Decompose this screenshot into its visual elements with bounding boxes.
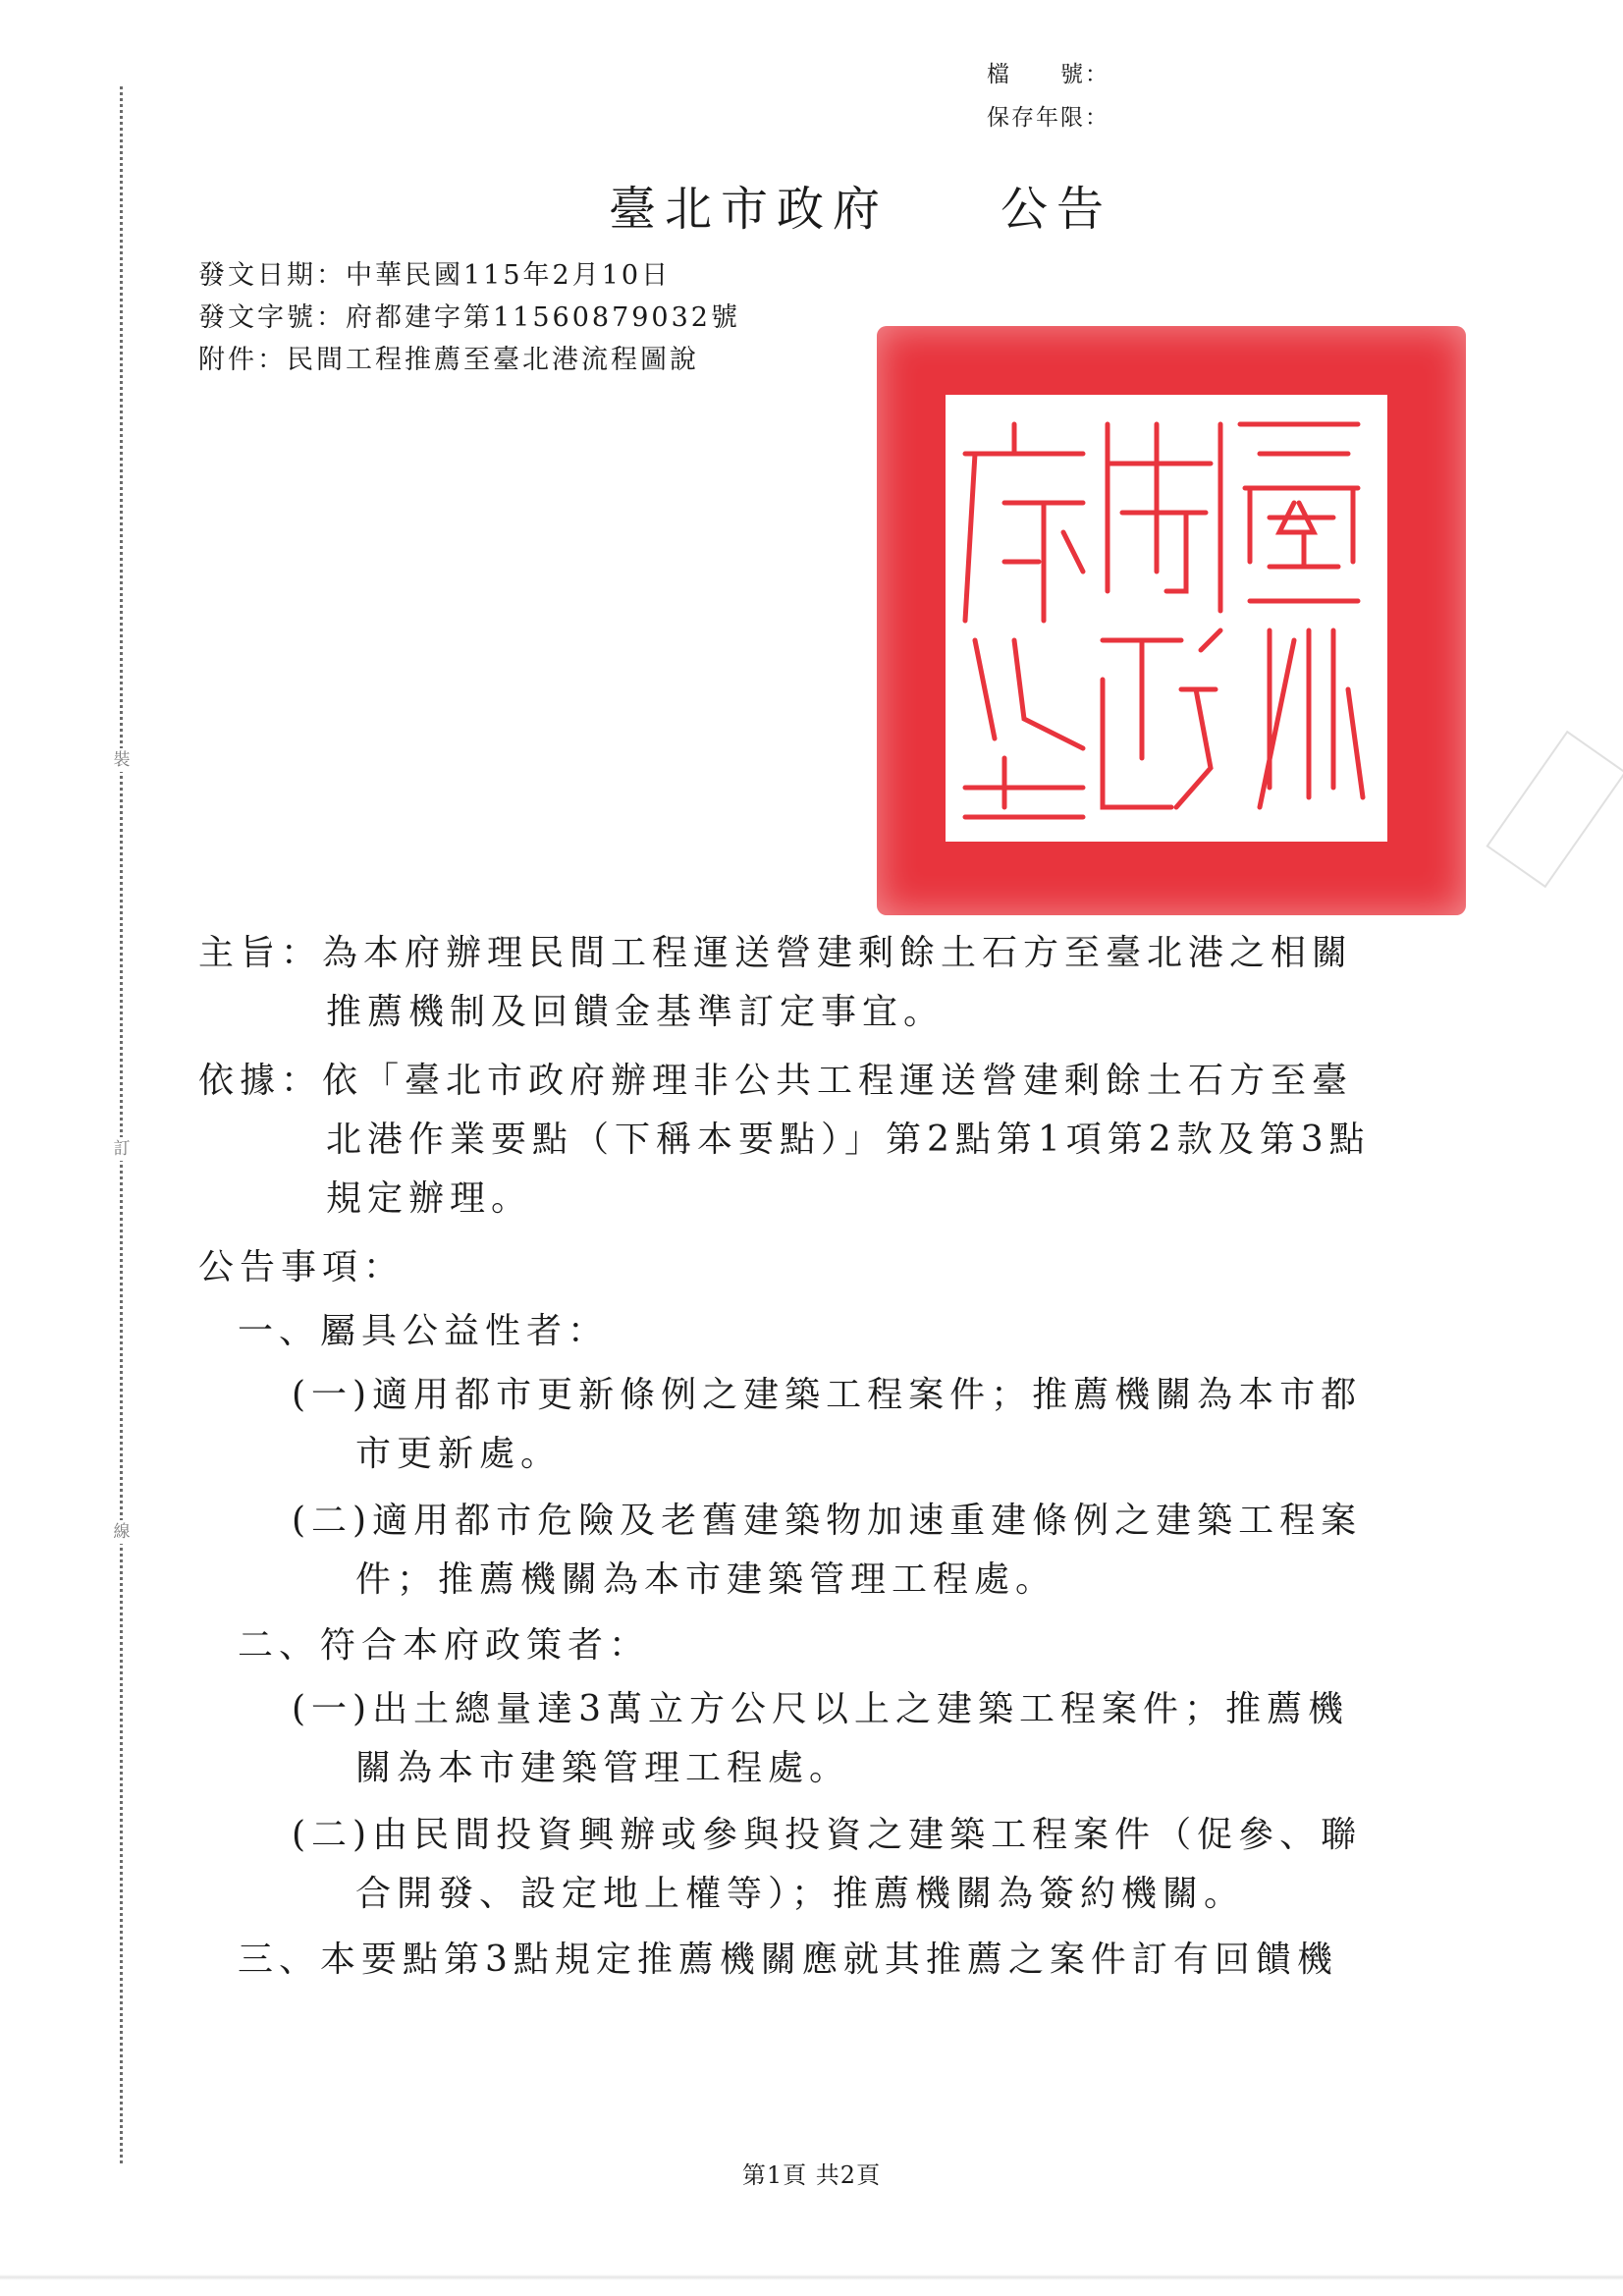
attachment-label: 附件： bbox=[198, 345, 287, 375]
basis-line-1: 依據：依「臺北市政府辦理非公共工程運送營建剩餘土石方至臺 bbox=[198, 1053, 1353, 1103]
received-stamp-icon bbox=[1486, 731, 1623, 888]
item-2-heading: 二、符合本府政策者： bbox=[238, 1617, 650, 1667]
file-number-label: 檔 號： bbox=[987, 53, 1109, 96]
item-1-2-line-2: 件；推薦機關為本市建築管理工程處。 bbox=[355, 1552, 1056, 1602]
issue-date-label: 發文日期： bbox=[198, 260, 346, 291]
subject-label: 主旨： bbox=[198, 933, 322, 973]
subject-line-2: 推薦機制及回饋金基準訂定事宜。 bbox=[326, 984, 945, 1034]
archive-info: 檔 號： 保存年限： bbox=[987, 53, 1109, 139]
issue-date-row: 發文日期：中華民國115年2月10日 bbox=[198, 254, 740, 297]
basis-label: 依據： bbox=[198, 1061, 322, 1101]
document-page: 裝 訂 線 檔 號： 保存年限： 臺北市政府 公告 發文日期：中華民國115年2… bbox=[0, 0, 1623, 2296]
doc-number-label: 發文字號： bbox=[198, 302, 346, 333]
retention-period-label: 保存年限： bbox=[987, 96, 1109, 139]
item-2-1-line-2: 關為本市建築管理工程處。 bbox=[355, 1740, 850, 1790]
binding-label-bind: 裝 bbox=[110, 748, 134, 772]
item-1-1-line-2: 市更新處。 bbox=[355, 1426, 562, 1476]
document-meta: 發文日期：中華民國115年2月10日 發文字號：府都建字第11560879032… bbox=[198, 254, 740, 381]
doc-number-row: 發文字號：府都建字第11560879032號 bbox=[198, 297, 740, 339]
item-1-1-line-1: (一)適用都市更新條例之建築工程案件；推薦機關為本市都 bbox=[292, 1367, 1362, 1417]
attachment-value: 民間工程推薦至臺北港流程圖說 bbox=[287, 345, 699, 375]
page-indicator: 第1頁 共2頁 bbox=[0, 2156, 1623, 2190]
agency-name: 臺北市政府 bbox=[609, 182, 889, 237]
binding-dotted-line bbox=[120, 86, 123, 2163]
item-2-1-line-1: (一)出土總量達3萬立方公尺以上之建築工程案件；推薦機 bbox=[292, 1681, 1349, 1731]
official-seal-icon bbox=[877, 326, 1466, 915]
binding-label-line: 線 bbox=[110, 1520, 134, 1544]
document-type: 公告 bbox=[1001, 182, 1112, 237]
doc-number-value: 府都建字第11560879032號 bbox=[346, 302, 740, 333]
binding-label-staple: 訂 bbox=[110, 1137, 134, 1161]
item-1-heading: 一、屬具公益性者： bbox=[238, 1303, 609, 1353]
document-title: 臺北市政府 公告 bbox=[609, 171, 1112, 239]
basis-line-2: 北港作業要點（下稱本要點）」第2點第1項第2款及第3點 bbox=[326, 1112, 1371, 1162]
item-2-2-line-1: (二)由民間投資興辦或參與投資之建築工程案件（促參、聯 bbox=[292, 1807, 1362, 1857]
basis-line-3: 規定辦理。 bbox=[326, 1171, 532, 1221]
item-3-heading: 三、本要點第3點規定推薦機關應就其推薦之案件訂有回饋機 bbox=[238, 1932, 1338, 1982]
attachment-row: 附件：民間工程推薦至臺北港流程圖說 bbox=[198, 339, 740, 381]
scan-edge-divider bbox=[0, 2274, 1623, 2280]
item-1-2-line-1: (二)適用都市危險及老舊建築物加速重建條例之建築工程案 bbox=[292, 1493, 1362, 1543]
issue-date-value: 中華民國115年2月10日 bbox=[346, 260, 671, 291]
item-2-2-line-2: 合開發、設定地上權等）；推薦機關為簽約機關。 bbox=[355, 1866, 1245, 1916]
announcement-label: 公告事項： bbox=[198, 1239, 405, 1289]
subject-line-1: 主旨：為本府辦理民間工程運送營建剩餘土石方至臺北港之相關 bbox=[198, 925, 1353, 975]
seal-inscription bbox=[946, 395, 1387, 842]
